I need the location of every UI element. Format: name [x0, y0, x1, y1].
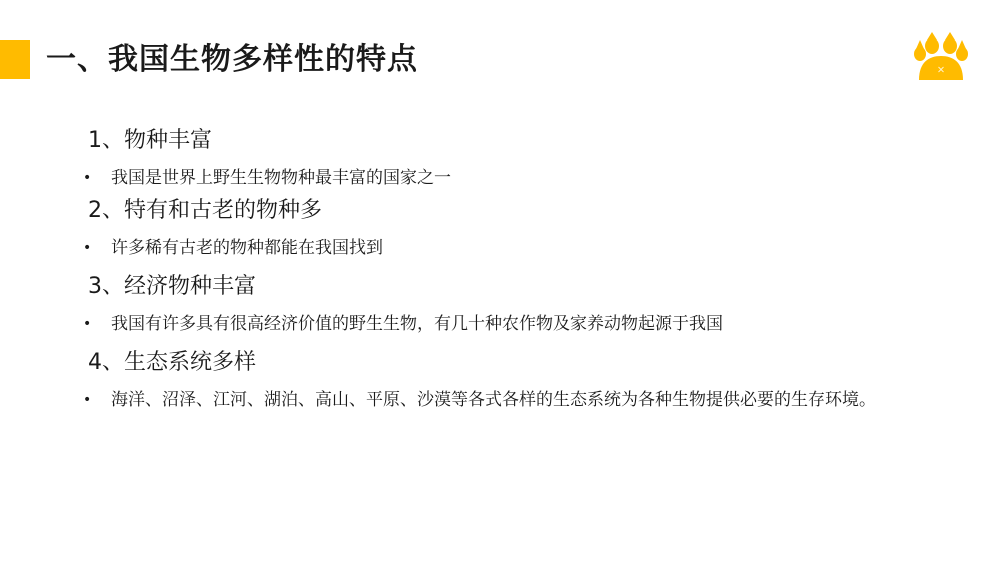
section-heading-2: 2、特有和古老的物种多	[82, 194, 922, 228]
bullet-text: 海洋、沼泽、江河、湖泊、高山、平原、沙漠等各式各样的生态系统为各种生物提供必要的…	[111, 388, 891, 412]
bullet-item-4: • 海洋、沼泽、江河、湖泊、高山、平原、沙漠等各式各样的生态系统为各种生物提供必…	[82, 388, 922, 412]
section-heading-3: 3、经济物种丰富	[82, 270, 922, 304]
bullet-text: 许多稀有古老的物种都能在我国找到	[111, 236, 891, 260]
bullet-item-3: • 我国有许多具有很高经济价值的野生生物，有几十种农作物及家养动物起源于我国	[82, 312, 922, 336]
bullet-text: 我国有许多具有很高经济价值的野生生物，有几十种农作物及家养动物起源于我国	[111, 312, 891, 336]
paw-print-icon	[913, 32, 969, 82]
slide-content: 1、物种丰富 • 我国是世界上野生生物物种最丰富的国家之一 2、特有和古老的物种…	[82, 124, 922, 412]
bullet-icon: •	[82, 236, 111, 260]
slide-title: 一、我国生物多样性的特点	[46, 40, 418, 80]
bullet-item-2: • 许多稀有古老的物种都能在我国找到	[82, 236, 922, 260]
bullet-icon: •	[82, 166, 111, 190]
bullet-item-1: • 我国是世界上野生生物物种最丰富的国家之一	[82, 166, 922, 190]
bullet-icon: •	[82, 388, 111, 412]
section-heading-4: 4、生态系统多样	[82, 346, 922, 380]
section-heading-1: 1、物种丰富	[82, 124, 922, 158]
bullet-icon: •	[82, 312, 111, 336]
bullet-text: 我国是世界上野生生物物种最丰富的国家之一	[111, 166, 891, 190]
title-accent-bar	[0, 40, 30, 79]
